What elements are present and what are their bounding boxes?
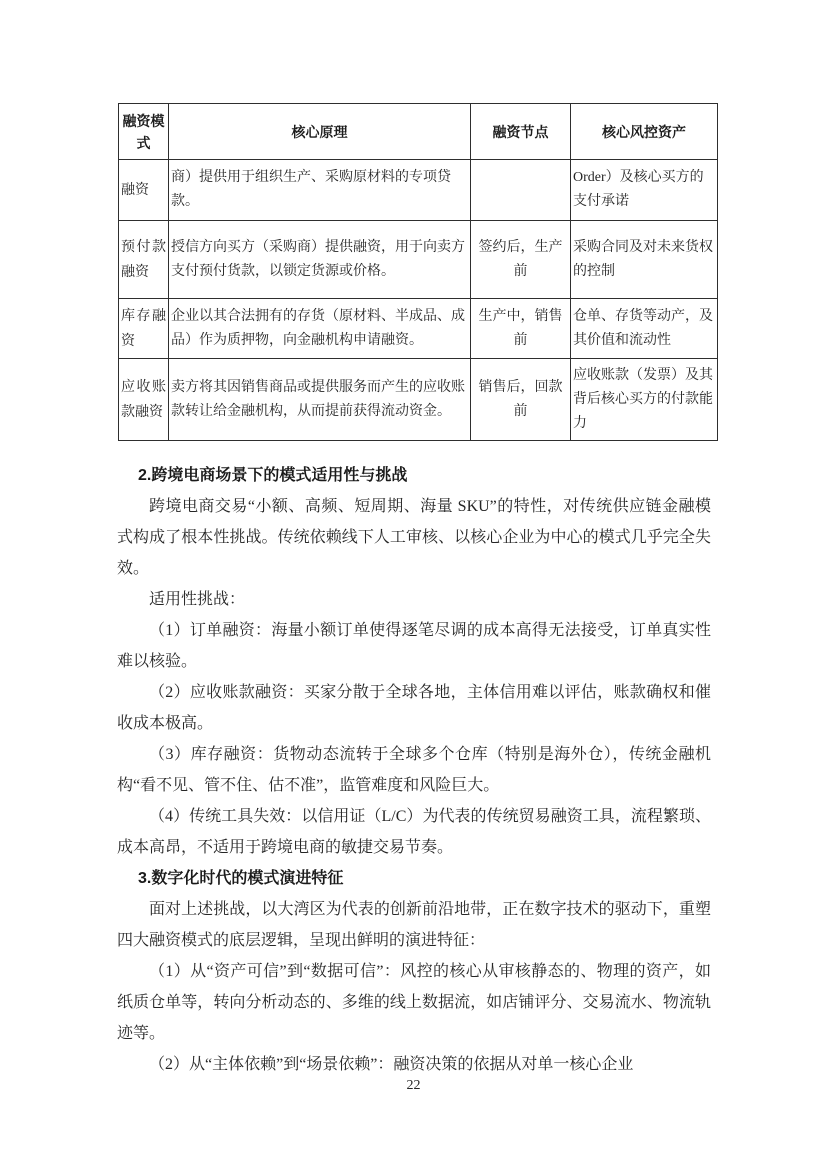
- column-header-mode: 融资模式: [119, 104, 169, 160]
- paragraph: 面对上述挑战，以大湾区为代表的创新前沿地带，正在数字技术的驱动下，重塑四大融资模…: [117, 894, 711, 956]
- column-header-node: 融资节点: [471, 104, 571, 160]
- cell-node: 生产中，销售前: [471, 299, 571, 359]
- column-header-principle: 核心原理: [169, 104, 471, 160]
- cell-node: [471, 160, 571, 221]
- paragraph: （3）库存融资：货物动态流转于全球多个仓库（特别是海外仓），传统金融机构“看不见…: [117, 739, 711, 801]
- cell-node: 签约后，生产前: [471, 221, 571, 299]
- cell-principle: 商）提供用于组织生产、采购原材料的专项贷款。: [169, 160, 471, 221]
- cell-asset: 仓单、存货等动产，及其价值和流动性: [571, 299, 718, 359]
- cell-mode: 预付款融资: [119, 221, 169, 299]
- table-row: 应收账款融资 卖方将其因销售商品或提供服务而产生的应收账款转让给金融机构，从而提…: [119, 359, 718, 441]
- paragraph: （1）从“资产可信”到“数据可信”：风控的核心从审核静态的、物理的资产，如纸质仓…: [117, 956, 711, 1049]
- page-number: 22: [407, 1078, 421, 1093]
- paragraph: （4）传统工具失效：以信用证（L/C）为代表的传统贸易融资工具，流程繁琐、成本高…: [117, 801, 711, 863]
- table-header-row: 融资模式 核心原理 融资节点 核心风控资产: [119, 104, 718, 160]
- paragraph: 跨境电商交易“小额、高频、短周期、海量 SKU”的特性，对传统供应链金融模式构成…: [117, 491, 711, 584]
- paragraph: 适用性挑战：: [117, 584, 711, 615]
- cell-asset: 采购合同及对未来货权的控制: [571, 221, 718, 299]
- column-header-asset: 核心风控资产: [571, 104, 718, 160]
- cell-asset: Order）及核心买方的支付承诺: [571, 160, 718, 221]
- cell-principle: 授信方向买方（采购商）提供融资，用于向卖方支付预付货款，以锁定货源或价格。: [169, 221, 471, 299]
- table-row: 融资 商）提供用于组织生产、采购原材料的专项贷款。 Order）及核心买方的支付…: [119, 160, 718, 221]
- page-footer: 22: [0, 1078, 827, 1094]
- section-heading-2: 2.跨境电商场景下的模式适用性与挑战: [138, 460, 711, 491]
- document-page: 融资模式 核心原理 融资节点 核心风控资产 融资 商）提供用于组织生产、采购原材…: [0, 0, 827, 1169]
- table-row: 库存融资 企业以其合法拥有的存货（原材料、半成品、成品）作为质押物，向金融机构申…: [119, 299, 718, 359]
- financing-models-table: 融资模式 核心原理 融资节点 核心风控资产 融资 商）提供用于组织生产、采购原材…: [118, 103, 718, 441]
- paragraph: （1）订单融资：海量小额订单使得逐笔尽调的成本高得无法接受，订单真实性难以核验。: [117, 615, 711, 677]
- body-text: 2.跨境电商场景下的模式适用性与挑战 跨境电商交易“小额、高频、短周期、海量 S…: [117, 460, 711, 1080]
- paragraph: （2）从“主体依赖”到“场景依赖”：融资决策的依据从对单一核心企业: [117, 1049, 711, 1080]
- table-row: 预付款融资 授信方向买方（采购商）提供融资，用于向卖方支付预付货款，以锁定货源或…: [119, 221, 718, 299]
- cell-mode: 融资: [119, 160, 169, 221]
- cell-node: 销售后，回款前: [471, 359, 571, 441]
- cell-mode: 应收账款融资: [119, 359, 169, 441]
- cell-principle: 企业以其合法拥有的存货（原材料、半成品、成品）作为质押物，向金融机构申请融资。: [169, 299, 471, 359]
- cell-asset: 应收账款（发票）及其背后核心买方的付款能力: [571, 359, 718, 441]
- cell-principle: 卖方将其因销售商品或提供服务而产生的应收账款转让给金融机构，从而提前获得流动资金…: [169, 359, 471, 441]
- section-heading-3: 3.数字化时代的模式演进特征: [138, 863, 711, 894]
- paragraph: （2）应收账款融资：买家分散于全球各地，主体信用难以评估，账款确权和催收成本极高…: [117, 677, 711, 739]
- cell-mode: 库存融资: [119, 299, 169, 359]
